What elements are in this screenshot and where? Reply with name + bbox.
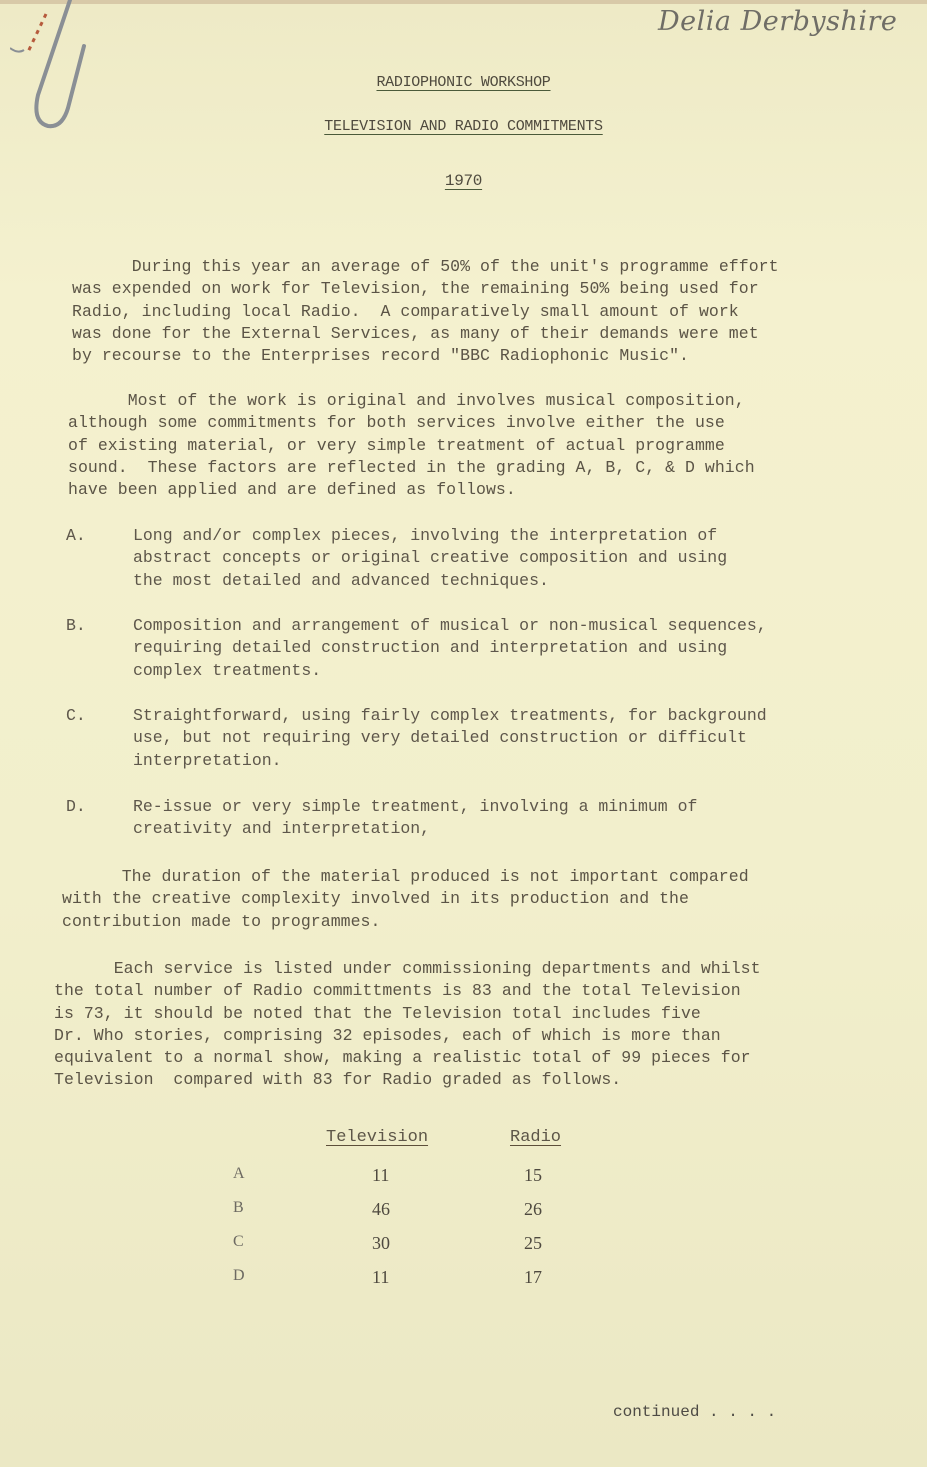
grade-letter: D. <box>66 796 86 818</box>
paragraph-totals: Each service is listed under commissioni… <box>54 958 761 1092</box>
table-header-radio: Radio <box>510 1128 561 1147</box>
table-cell-television: 11 <box>372 1267 389 1288</box>
table-cell-television: 11 <box>372 1165 389 1186</box>
table-row-grade: B <box>233 1199 244 1217</box>
grade-letter: B. <box>66 615 86 637</box>
table-row-grade: A <box>233 1165 245 1183</box>
continued-note: continued . . . . <box>613 1403 776 1421</box>
document-year: 1970 <box>0 172 927 190</box>
table-cell-radio: 15 <box>524 1165 542 1186</box>
document-title: RADIOPHONIC WORKSHOP <box>0 74 927 91</box>
table-cell-radio: 26 <box>524 1199 542 1220</box>
table-row-grade: D <box>233 1267 245 1285</box>
grade-description: Long and/or complex pieces, involving th… <box>133 525 727 592</box>
handwritten-signature: Delia Derbyshire <box>658 6 897 37</box>
paragraph-grading-intro: Most of the work is original and involve… <box>68 390 755 501</box>
table-cell-radio: 17 <box>524 1267 542 1288</box>
table-header-television: Television <box>326 1128 428 1147</box>
grade-letter: A. <box>66 525 86 547</box>
grade-description: Re-issue or very simple treatment, invol… <box>133 796 697 841</box>
paragraph-effort: During this year an average of 50% of th… <box>72 256 779 367</box>
table-cell-radio: 25 <box>524 1233 542 1254</box>
table-cell-television: 46 <box>372 1199 390 1220</box>
table-cell-television: 30 <box>372 1233 390 1254</box>
grade-description: Straightforward, using fairly complex tr… <box>133 705 767 772</box>
grade-description: Composition and arrangement of musical o… <box>133 615 767 682</box>
table-row-grade: C <box>233 1233 244 1251</box>
grade-letter: C. <box>66 705 86 727</box>
paragraph-duration: The duration of the material produced is… <box>62 866 749 933</box>
page-top-edge <box>0 0 927 4</box>
document-subtitle: TELEVISION AND RADIO COMMITMENTS <box>0 118 927 135</box>
